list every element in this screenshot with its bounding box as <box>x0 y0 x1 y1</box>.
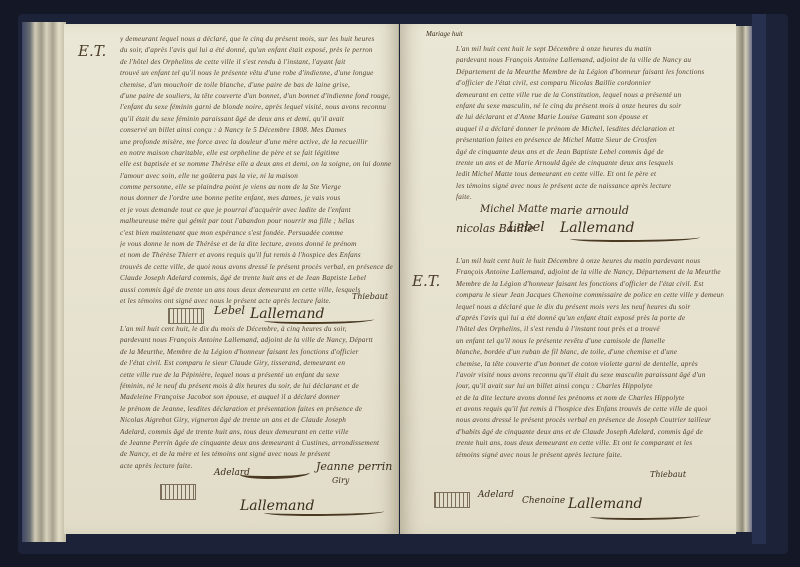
text-line: L'an mil huit cent huit le huit Décembre… <box>456 256 724 267</box>
text-line: faite. <box>456 192 724 203</box>
text-line: et je vous demande tout ce que je pourra… <box>120 205 396 216</box>
text-line: les témoins signé avec nous le présent a… <box>456 181 724 192</box>
text-line: Membre de la Légion d'honneur faisant le… <box>456 279 724 290</box>
text-line: elle est baptisée et se nomme Thérèse el… <box>120 159 396 170</box>
text-line: de lui déclarant et d'Anne Marie Louise … <box>456 112 724 123</box>
act-text-block-1: y demeurant lequel nous a déclaré, que l… <box>120 34 396 307</box>
text-line: conservé un billet ainsi conçu : à Nancy… <box>120 125 396 136</box>
text-line: trouvés de cette ville, de quoi nous avo… <box>120 262 396 273</box>
text-line: une profonde misère, me force avec la do… <box>120 137 396 148</box>
signature: Michel Matte <box>480 204 548 215</box>
text-line: lequel nous a déclaré que le dix du prés… <box>456 302 724 313</box>
text-line: L'an mil huit cent huit, le dix du mois … <box>120 324 396 335</box>
text-line: l'amour avec soin, elle ne goûtera pas l… <box>120 171 396 182</box>
left-page: E.T. y demeurant lequel nous a déclaré, … <box>64 24 399 534</box>
text-line: pardevant nous François Antoine Lalleman… <box>120 335 396 346</box>
text-line: de la Meurthe, Membre de la Légion d'hon… <box>120 347 396 358</box>
signature: Lebel <box>508 220 545 235</box>
text-line: c'est bien maintenant que mon espérance … <box>120 228 396 239</box>
text-line: et avons requis qu'il fut remis à l'hosp… <box>456 404 724 415</box>
signature-flourish <box>264 508 384 516</box>
text-line: et de la dite lecture avons donné les pr… <box>456 393 724 404</box>
signature: Lebel <box>214 304 245 317</box>
right-page: Mariage huit L'an mil huit cent huit le … <box>400 24 736 534</box>
signature: Thiebaut <box>352 292 388 301</box>
text-line: jour, qu'il avait sur lui un billet ains… <box>456 381 724 392</box>
text-line: trente un ans et de Marie Arnould âgée d… <box>456 158 724 169</box>
signature-flourish <box>240 468 310 479</box>
text-line: chemise, d'un mouchoir de toile blanche,… <box>120 80 396 91</box>
text-line: présentation faites en présence de Miche… <box>456 135 724 146</box>
text-line: y demeurant lequel nous a déclaré, que l… <box>120 34 396 45</box>
text-line: trente huit ans, tous deux demeurant en … <box>456 438 724 449</box>
text-line: Madeleine Françoise Jacobot son épouse, … <box>120 392 396 403</box>
text-line: d'après l'avis qui lui a été donné qu'un… <box>456 313 724 324</box>
act-text-block-2: L'an mil huit cent huit le huit Décembre… <box>456 256 724 461</box>
text-line: du soir, d'après l'avis qui lui a été do… <box>120 45 396 56</box>
signature-flourish <box>264 316 374 324</box>
text-line: féminin, né le neuf du présent mois à di… <box>120 381 396 392</box>
header-annotation: Mariage huit <box>426 30 463 38</box>
text-line: L'an mil huit cent huit le sept Décembre… <box>456 44 724 55</box>
text-line: et nom de Thérèse Thierr et avons requis… <box>120 250 396 261</box>
text-line: d'une paire de souliers, la tête couvert… <box>120 91 396 102</box>
text-line: pardevant nous François Antoine Lalleman… <box>456 55 724 66</box>
text-line: Adelard, commis âgé de trente huit ans, … <box>120 427 396 438</box>
text-line: témoins signé avec nous le présent après… <box>456 450 724 461</box>
text-line: de Jeanne Perrin âgée de cinquante deux … <box>120 438 396 449</box>
text-line: nous avons dressé le présent procès verb… <box>456 415 724 426</box>
act-text-block-2: L'an mil huit cent huit, le dix du mois … <box>120 324 396 472</box>
text-line: de l'état civil. Est comparu le sieur Cl… <box>120 358 396 369</box>
paraph-stamp <box>160 484 196 500</box>
text-line: d'officier de l'état civil, est comparu … <box>456 78 724 89</box>
text-line: un enfant tel qu'il nous le présente rev… <box>456 336 724 347</box>
text-line: chemise, la tête couverte d'un bonnet de… <box>456 359 724 370</box>
text-line: le prénom de Jeanne, lesdites déclaratio… <box>120 404 396 415</box>
text-line: d'habits âgé de cinquante deux ans et de… <box>456 427 724 438</box>
text-line: auquel il a déclaré donner le prénom de … <box>456 124 724 135</box>
page-stack-left <box>22 22 66 542</box>
text-line: Département de la Meurthe Membre de la L… <box>456 67 724 78</box>
text-line: âgé de cinquante deux ans et de Jean Bap… <box>456 147 724 158</box>
signature: Chenoine <box>522 496 565 506</box>
act-text-block-1: L'an mil huit cent huit le sept Décembre… <box>456 44 724 203</box>
text-line: l'avoir visité nous avons reconnu qu'il … <box>456 370 724 381</box>
book-cover-right-edge <box>752 14 766 544</box>
paraph-stamp <box>168 308 204 324</box>
signature: Thiebaut <box>650 470 686 479</box>
text-line: malheureuse mère qui gémit par tout l'ab… <box>120 216 396 227</box>
text-line: l'hôtel des Orphelins, il s'est rendu à … <box>456 324 724 335</box>
text-line: je vous donne le nom de Thérèse et de la… <box>120 239 396 250</box>
text-line: l'enfant du sexe féminin garni de blonde… <box>120 102 396 113</box>
text-line: de Nancy, et de la mère et les témoins o… <box>120 449 396 460</box>
page-stack-right <box>736 26 752 532</box>
text-line: comme personne, elle se plaindra point j… <box>120 182 396 193</box>
signature: Jeanne perrin <box>316 460 392 473</box>
text-line: François Antoine Lallemand, adjoint de l… <box>456 267 724 278</box>
signature: marie arnould <box>550 204 629 217</box>
text-line: Nicolas Aigrebot Giry, vigneron âgé de t… <box>120 415 396 426</box>
text-line: blanche, bordée d'un ruban de fil blanc,… <box>456 347 724 358</box>
text-line: nous donner de l'ordre une bonne petite … <box>120 193 396 204</box>
text-line: en notre maison charitable, elle est orp… <box>120 148 396 159</box>
signature: Lallemand <box>568 496 642 512</box>
text-line: qu'il était du sexe féminin paraissant â… <box>120 114 396 125</box>
text-line: demeurant en cette ville rue de la Const… <box>456 90 724 101</box>
text-line: ledit Michel Matte tous demeurant en cet… <box>456 169 724 180</box>
signature-flourish <box>570 234 700 242</box>
text-line: comparu le sieur Jean Jacques Chenoine c… <box>456 290 724 301</box>
margin-annotation: E.T. <box>78 42 106 60</box>
signature: Adelard <box>478 490 514 500</box>
margin-annotation: E.T. <box>412 272 440 290</box>
text-line: trouvé un enfant tel qu'il nous le prése… <box>120 68 396 79</box>
text-line: enfant du sexe masculin, né le cinq du p… <box>456 101 724 112</box>
signature-flourish <box>590 512 700 520</box>
paraph-stamp <box>434 492 470 508</box>
text-line: cette ville rue de la Pépinière, lequel … <box>120 370 396 381</box>
signature: Giry <box>332 476 349 485</box>
text-line: de l'hôtel des Orphelins de cette ville … <box>120 57 396 68</box>
text-line: Claude Joseph Adelard commis, âgé de tre… <box>120 273 396 284</box>
